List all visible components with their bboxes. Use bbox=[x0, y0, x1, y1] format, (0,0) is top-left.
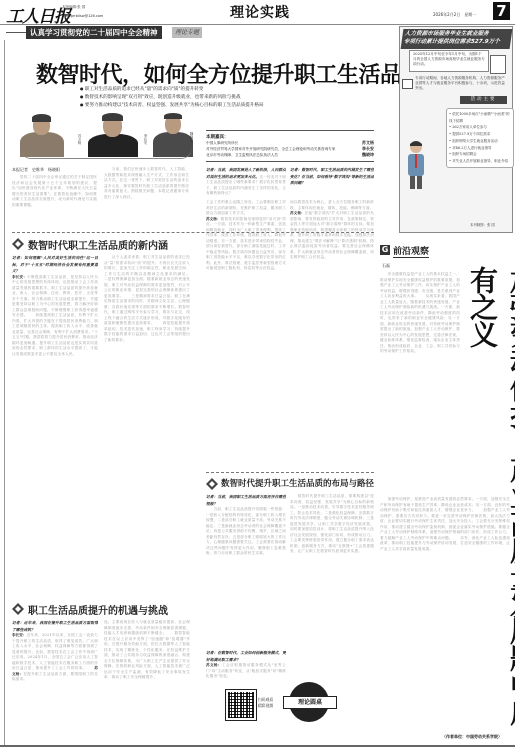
byline: 本报记者 史维华 杨晓阳 bbox=[12, 167, 60, 173]
guests-box: 本期嘉宾： 中国人事研究所所长苏文杨 对外经济贸易大学国家对外开放研究院研究员、… bbox=[206, 130, 374, 162]
guest-photo-1-hair bbox=[32, 114, 51, 122]
summary-bullet: 要努力推动构建以"技术向善、权益坚强、发展共享"为核心目标的职工生活品质提升格局 bbox=[80, 101, 264, 109]
bottom-rule bbox=[0, 745, 515, 747]
section-heading: 职工生活品质提升的机遇与挑战 bbox=[28, 602, 168, 617]
measures-tag: 活动主要 bbox=[460, 96, 507, 104]
person-illustration-icon bbox=[405, 140, 427, 190]
document-icon bbox=[490, 55, 506, 74]
infographic-credit: 本刊制图：张 园 bbox=[470, 222, 495, 227]
qr-code[interactable] bbox=[226, 690, 256, 720]
kicker-rule bbox=[6, 32, 26, 33]
speaker-name: 苏文杨： bbox=[206, 663, 222, 667]
infographic-note: 2025年12月中旬至今年1月中旬，为期1个月的全国人力资源市场高校毕业生就业服… bbox=[409, 50, 489, 72]
section-title: 理论实践 bbox=[230, 2, 290, 22]
article-column-6: 数智时代提升职工生活品质，需要构建以"技术向善、权益坚强、发展共享"为核心目标的… bbox=[290, 494, 374, 679]
author-affiliation: （作者单位：中国劳动关系学院） bbox=[442, 734, 502, 740]
speaker-name: 李长安： bbox=[12, 633, 27, 637]
article-column-2: 从个人追求来看，职工对生活品质的追求已经从"量"的需求转向"质"的提升。不再仅仅… bbox=[104, 255, 190, 600]
infographic-title-line: 人力资源市场服务毕业生就业服务 bbox=[404, 30, 510, 38]
measure-item: 对失业人员开展职业指导、职业介绍 bbox=[449, 158, 511, 165]
column-logo-icon: G bbox=[380, 245, 390, 255]
newspaper-logo: 工人日报 bbox=[6, 2, 70, 27]
guest-role: 北京市劳动保障、卫生监察执法总队执法人员 bbox=[206, 152, 278, 158]
editor-info: 本版编辑:张 园 E-mail:grrbllsw@126.com bbox=[62, 5, 102, 19]
column-title: 前沿观察 bbox=[393, 244, 429, 258]
guest-photo-2-hair bbox=[102, 113, 123, 121]
interview-question: 记者：在数智时代，工会如何创新服务模式，更好地满足职工需求？ bbox=[206, 650, 286, 662]
speaker-name: 李长安： bbox=[12, 275, 27, 279]
speaker-name: 苏文杨： bbox=[290, 211, 305, 215]
measure-item: 依托1000多场次"小而精""小而美"的线下招聘 bbox=[449, 111, 511, 124]
intro-text: 当前，我们正快速步入数智时代，人工智能、大数据等新技术深度融入生产方式、工作形态… bbox=[104, 167, 189, 225]
column-author: 石磊 bbox=[382, 263, 390, 269]
issue-date: 2026年2月2日 星期一 bbox=[433, 12, 476, 18]
infographic-title-line: 专项行动累计提供岗位需求527.9万个 bbox=[403, 38, 509, 46]
article-column-3: 工会工作的重心也随之转变。工会要顺应职工对美好生活的新期待，在维护职工权益、服务… bbox=[206, 200, 286, 470]
article-column-4: 而以数智技术为核心，进入全方位服务职工的新阶段，主要体现在就业、增收、技能、保障… bbox=[290, 200, 374, 470]
photo-caption: 魏晓坤 bbox=[190, 132, 195, 143]
editor-email: E-mail:grrbllsw@126.com bbox=[62, 10, 102, 19]
measure-item: 组织网络大学生就业服务活动 bbox=[449, 138, 511, 145]
interview-question: 记者：如何理解"人民对美好生活的向往"这一目标，对于"十五五"时期经济社会发展有… bbox=[12, 255, 98, 273]
interview-question: 记者：近年来，我国在提升职工生活品质方面取得了哪些成效？ bbox=[12, 620, 98, 632]
photo-base-curve bbox=[20, 148, 192, 159]
frontier-column-2: 加强劳动保护，是推进产业高质量发展的必然要求。一方面，加强安全生产和劳动保护有助… bbox=[380, 497, 510, 732]
guest-row: 北京市劳动保障、卫生监察执法总队执法人员魏晓坤 bbox=[206, 152, 374, 158]
speaker-name: 苏文杨： bbox=[206, 217, 221, 221]
measure-item: 262万家用人单位参与 bbox=[449, 124, 511, 131]
article-column-8: 选。主要表现在收入与就业质量稳步提高，社会保障制度逐步完善，劳动条件和安全保障显… bbox=[104, 620, 190, 740]
qr-caption: 扫码观看 精彩视频 bbox=[258, 697, 273, 709]
photo-caption: 苏文杨 bbox=[78, 134, 83, 145]
frontier-column-1: 安全健康权益是产业工人的基本权益之一，推动保护实现安全健康权益维护的重要前提，加… bbox=[380, 272, 460, 497]
measure-item: 对46.2万人进行就业指导 bbox=[449, 145, 511, 152]
article-column-9: 记者：在数智时代，工会如何创新服务模式，更好地满足职工需求？苏文杨：工会应积极推… bbox=[206, 650, 286, 688]
summary-bullets: 职工对生活品质的追求已经从"量"的需求向"质"的提升转变 数智技术的影响呈现"双… bbox=[80, 85, 264, 110]
intro-qa: 记者：数智时代，职工生活品质的内涵发生了哪些变化？在当前，如何看待"数字鸿沟"等… bbox=[290, 167, 374, 197]
page-number: 7 bbox=[493, 2, 510, 20]
section-heading: 数智时代提升职工生活品质的布局与路径 bbox=[221, 477, 374, 489]
article-column-7: 记者：近年来，我国在提升职工生活品质方面取得了哪些成效？ 李长安：近年来，202… bbox=[12, 620, 98, 740]
section-diamond-icon bbox=[12, 603, 24, 615]
section-diamond-icon bbox=[206, 478, 218, 490]
measure-item: 组织专场招聘会 bbox=[449, 151, 511, 158]
infographic-title: 人力资源市场服务毕业生就业服务 专项行动累计提供岗位需求527.9万个 bbox=[401, 29, 513, 49]
interview-question: 记者：当前，我国职工生活品质方面还存在哪些短板？ bbox=[206, 494, 286, 506]
kicker-label: 认真学习贯彻党的二十届四中全会精神 bbox=[26, 26, 162, 39]
summary-bullet: 数智技术的影响呈现"双刃剑"效应，既创造升级就业，也带来新的风险与挑战 bbox=[80, 93, 264, 101]
photo-caption: 李长安 bbox=[144, 134, 149, 145]
summary-bullet: 职工对生活品质的追求已经从"量"的需求向"质"的提升转变 bbox=[80, 85, 264, 93]
measure-item: 提供527.9万个岗位需求 bbox=[449, 131, 511, 138]
guest-name: 魏晓坤 bbox=[362, 152, 374, 158]
section-heading: 数智时代职工生活品质的新内涵 bbox=[28, 237, 168, 252]
section-diamond-icon bbox=[12, 238, 24, 250]
article-column-1: 记者：如何理解"人民对美好生活的向往"这一目标，对于"十五五"时期经济社会发展有… bbox=[12, 255, 98, 600]
section-divider bbox=[206, 472, 374, 473]
intro-text: 党的二十届四中全会审议通过的关于制定国民经济和社会发展第十五个五年规划的建议，提… bbox=[12, 175, 97, 225]
infographic-text: 专项行动期间，各地人力资源服务机构、人力资源服务产业园等人才与就业服务平台积极参… bbox=[415, 76, 507, 91]
calendar-icon bbox=[402, 79, 413, 89]
measures-list: 依托1000多场次"小而精""小而美"的线下招聘 262万家用人单位参与 提供5… bbox=[446, 108, 514, 168]
kicker-tag: 理论专题 bbox=[172, 27, 202, 38]
qr-caption-line: 精彩视频 bbox=[258, 703, 273, 709]
forum-label: 理论圆桌 bbox=[283, 696, 337, 709]
guest-photo-3-hair bbox=[164, 113, 182, 119]
